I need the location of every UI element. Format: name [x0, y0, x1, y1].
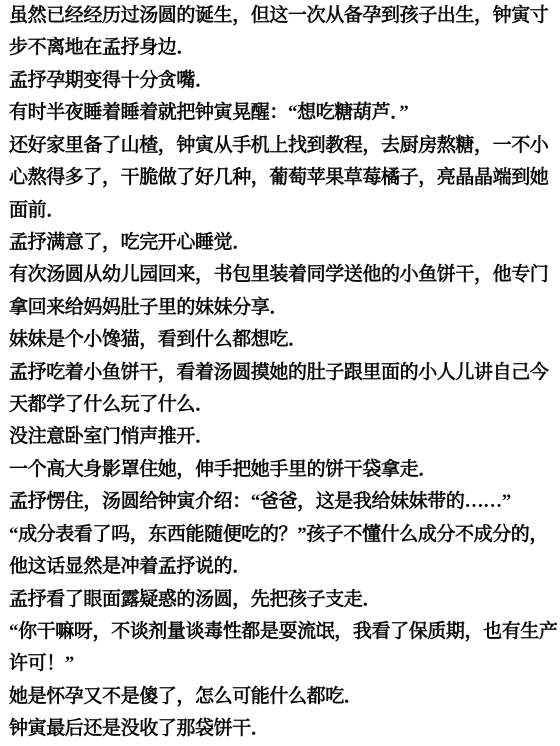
- text-line: 天都学了什么玩了什么．: [9, 389, 552, 421]
- text-line: 虽然已经经历过汤圆的诞生，但这一次从备孕到孩子出生，钟寅寸: [9, 0, 552, 32]
- text-line: 他这话显然是冲着孟抒说的．: [9, 551, 552, 583]
- text-line: 孟抒孕期变得十分贪嘴．: [9, 65, 552, 97]
- story-text-page: 虽然已经经历过汤圆的诞生，但这一次从备孕到孩子出生，钟寅寸步不离地在孟抒身边．孟…: [0, 0, 560, 746]
- text-line: 妹妹是个小馋猫，看到什么都想吃．: [9, 324, 552, 356]
- text-line: 孟抒吃着小鱼饼干，看着汤圆摸她的肚子跟里面的小人儿讲自己今: [9, 357, 552, 389]
- text-line: 许可！”: [9, 648, 552, 680]
- text-line: 孟抒满意了，吃完开心睡觉．: [9, 227, 552, 259]
- story-text-body: 虽然已经经历过汤圆的诞生，但这一次从备孕到孩子出生，钟寅寸步不离地在孟抒身边．孟…: [9, 0, 552, 746]
- text-line: 孟抒看了眼面露疑惑的汤圆，先把孩子支走．: [9, 584, 552, 616]
- text-line: 她是怀孕又不是傻了，怎么可能什么都吃．: [9, 681, 552, 713]
- text-line: 孟抒愣住，汤圆给钟寅介绍：“爸爸，这是我给妹妹带的……”: [9, 486, 552, 518]
- text-line: 一个高大身影罩住她，伸手把她手里的饼干袋拿走．: [9, 454, 552, 486]
- text-line: 心熬得多了，干脆做了好几种，葡萄苹果草莓橘子，亮晶晶端到她: [9, 162, 552, 194]
- text-line: 面前．: [9, 195, 552, 227]
- text-line: “成分表看了吗，东西能随便吃的？”孩子不懂什么成分不成分的，: [9, 519, 552, 551]
- text-line: 钟寅最后还是没收了那袋饼干．: [9, 713, 552, 745]
- text-line: 步不离地在孟抒身边．: [9, 32, 552, 64]
- text-line: “你干嘛呀，不谈剂量谈毒性都是耍流氓，我看了保质期，也有生产: [9, 616, 552, 648]
- text-line: 有次汤圆从幼儿园回来，书包里装着同学送他的小鱼饼干，他专门: [9, 259, 552, 291]
- text-line: 还好家里备了山楂，钟寅从手机上找到教程，去厨房熬糖，一不小: [9, 130, 552, 162]
- text-line: 没注意卧室门悄声推开．: [9, 421, 552, 453]
- text-line: 有时半夜睡着睡着就把钟寅晃醒：“想吃糖葫芦．”: [9, 97, 552, 129]
- text-line: 拿回来给妈妈肚子里的妹妹分享．: [9, 292, 552, 324]
